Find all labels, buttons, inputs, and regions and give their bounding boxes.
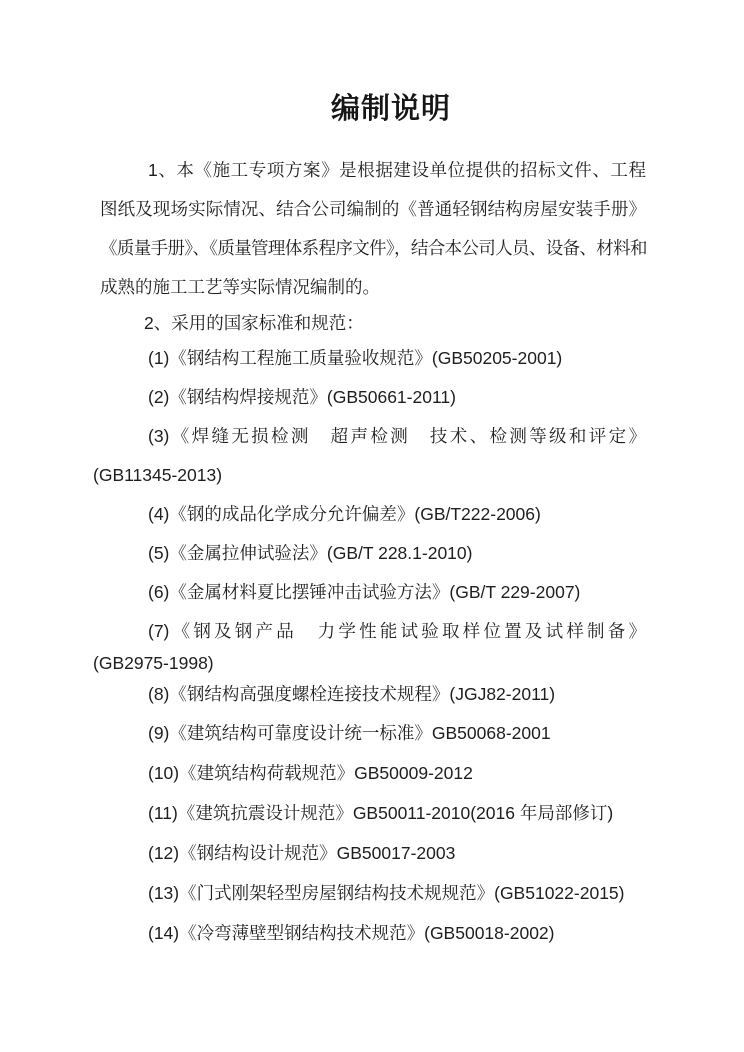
paragraph-1-line-2: 图纸及现场实际情况、结合公司编制的《普通轻钢结构房屋安装手册》和	[100, 190, 646, 229]
standard-item-1: (1)《钢结构工程施工质量验收规范》(GB50205-2001)	[100, 339, 646, 378]
standard-item-7: (7)《钢及钢产品 力学性能试验取样位置及试样制备》	[100, 612, 646, 651]
paragraph-1-line-1: 1、本《施工专项方案》是根据建设单位提供的招标文件、工程方案	[100, 151, 646, 190]
standard-item-7-continuation: (GB2975-1998)	[93, 651, 646, 675]
standard-item-9: (9)《建筑结构可靠度设计统一标准》GB50068-2001	[100, 713, 646, 753]
standard-item-3-continuation: (GB11345-2013)	[93, 456, 646, 495]
document-page: 编制说明 1、本《施工专项方案》是根据建设单位提供的招标文件、工程方案 图纸及现…	[0, 0, 744, 1052]
standard-item-12: (12)《钢结构设计规范》GB50017-2003	[100, 833, 646, 873]
document-body: 1、本《施工专项方案》是根据建设单位提供的招标文件、工程方案 图纸及现场实际情况…	[100, 151, 646, 953]
standard-item-13: (13)《门式刚架轻型房屋钢结构技术规规范》(GB51022-2015)	[100, 873, 646, 913]
paragraph-1-line-4: 成熟的施工工艺等实际情况编制的。	[100, 268, 646, 307]
standard-item-2: (2)《钢结构焊接规范》(GB50661-2011)	[100, 378, 646, 417]
standard-item-3: (3)《焊缝无损检测 超声检测 技术、检测等级和评定》	[100, 417, 646, 456]
standards-section-heading: 2、采用的国家标准和规范：	[100, 307, 646, 339]
standard-item-11: (11)《建筑抗震设计规范》GB50011-2010(2016 年局部修订)	[100, 793, 646, 833]
standard-item-4: (4)《钢的成品化学成分允许偏差》(GB/T222-2006)	[100, 495, 646, 534]
content-area: 编制说明 1、本《施工专项方案》是根据建设单位提供的招标文件、工程方案 图纸及现…	[0, 87, 744, 953]
standard-item-5: (5)《金属拉伸试验法》(GB/T 228.1-2010)	[100, 534, 646, 573]
paragraph-1-line-3: 《质量手册》、《质量管理体系程序文件》，结合本公司人员、设备、材料和	[100, 229, 646, 268]
standard-item-10: (10)《建筑结构荷载规范》GB50009-2012	[100, 753, 646, 793]
standard-item-14: (14)《冷弯薄壁型钢结构技术规范》(GB50018-2002)	[100, 913, 646, 953]
document-title: 编制说明	[100, 87, 646, 131]
standard-item-6: (6)《金属材料夏比摆锤冲击试验方法》(GB/T 229-2007)	[100, 573, 646, 612]
standard-item-8: (8)《钢结构高强度螺栓连接技术规程》(JGJ82-2011)	[100, 675, 646, 713]
